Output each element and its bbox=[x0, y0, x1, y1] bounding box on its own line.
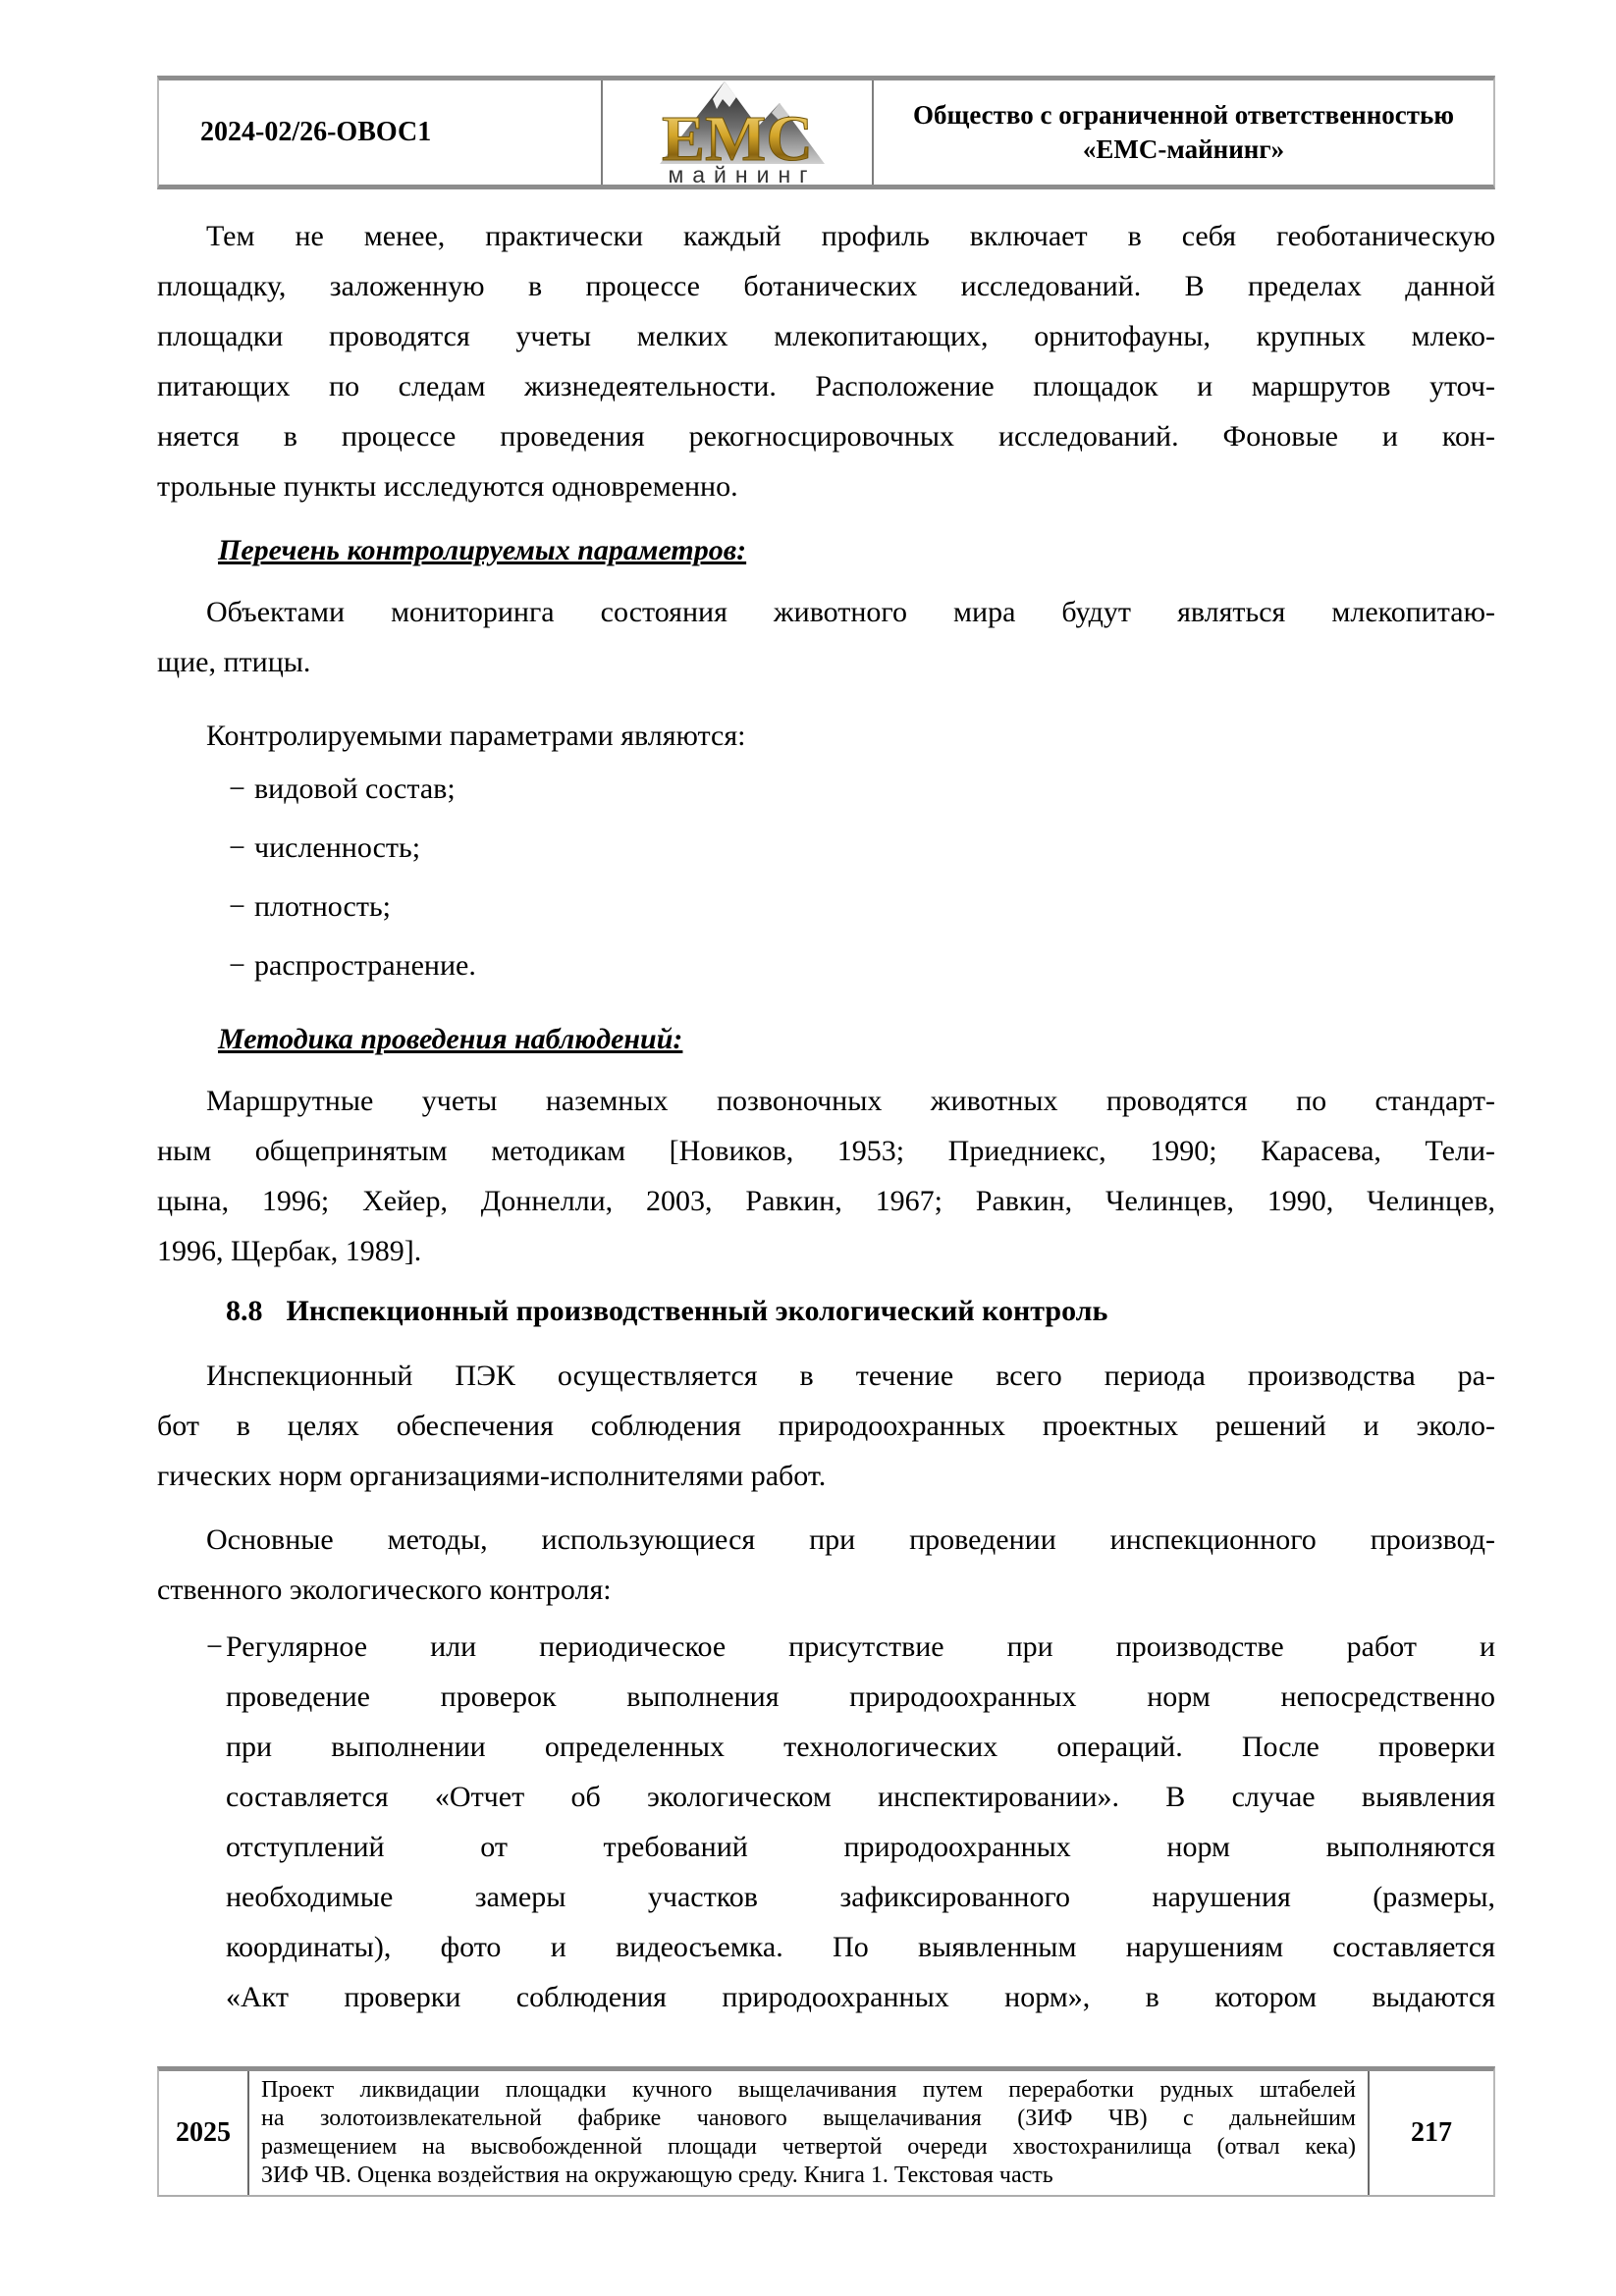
text-line: «Акт проверки соблюдения природоохранных… bbox=[226, 1972, 1495, 2022]
dash-bullet: − bbox=[229, 764, 254, 814]
text-line: площадки проводятся учеты мелких млекопи… bbox=[157, 311, 1495, 361]
text-line: 1996, Щербак, 1989]. bbox=[157, 1226, 1495, 1276]
bullet-regular-presence: − Регулярное или периодическое присутств… bbox=[157, 1622, 1495, 2022]
document-code: 2024-02/26-ОВОС1 bbox=[159, 80, 603, 185]
bullet-text: Регулярное или периодическое присутствие… bbox=[226, 1622, 1495, 2022]
text-line: няется в процессе проведения рекогносцир… bbox=[157, 411, 1495, 461]
text-line: составляется «Отчет об экологическом инс… bbox=[226, 1772, 1495, 1822]
document-page: { "header": { "doc_code": "2024-02/26-ОВ… bbox=[0, 0, 1616, 2296]
footer-year: 2025 bbox=[159, 2071, 249, 2195]
list-item: −распространение. bbox=[157, 940, 1495, 990]
text-line: размещением на высвобожденной площади че… bbox=[261, 2133, 1356, 2162]
text-line: гических норм организациями-исполнителям… bbox=[157, 1451, 1495, 1501]
text-line: координаты), фото и видеосъемка. По выяв… bbox=[226, 1922, 1495, 1972]
company-name-line1: Общество с ограниченной ответственностью bbox=[913, 98, 1454, 133]
header-table: 2024-02/26-ОВОС1 bbox=[157, 76, 1495, 189]
section-number: 8.8 bbox=[226, 1286, 263, 1336]
heading-observation-method: Методика проведения наблюдений: bbox=[157, 1014, 1495, 1064]
text-line: на золотоизвлекательной фабрике чанового… bbox=[261, 2105, 1356, 2133]
dash-bullet: − bbox=[206, 1622, 223, 1672]
text-line: ным общепринятым методикам [Новиков, 195… bbox=[157, 1126, 1495, 1176]
text-line: площадку, заложенную в процессе ботаниче… bbox=[157, 261, 1495, 311]
company-name: Общество с ограниченной ответственностью… bbox=[874, 80, 1493, 185]
body-text: Тем не менее, практически каждый профиль… bbox=[157, 211, 1495, 2022]
list-item: −плотность; bbox=[157, 881, 1495, 932]
emc-mining-logo-icon: ЕМС майнинг bbox=[615, 80, 860, 185]
list-item-label: распространение. bbox=[254, 949, 476, 982]
paragraph-main-methods: Основные методы, использующиеся при пров… bbox=[157, 1515, 1495, 1615]
footer-page-number: 217 bbox=[1370, 2071, 1493, 2195]
heading-controlled-parameters: Перечень контролируемых параметров: bbox=[157, 525, 1495, 575]
list-item-label: численность; bbox=[254, 831, 420, 864]
list-item: −численность; bbox=[157, 823, 1495, 873]
page-content: 2024-02/26-ОВОС1 bbox=[157, 76, 1495, 2022]
paragraph-inspection-pek: Инспекционный ПЭК осуществляется в течен… bbox=[157, 1351, 1495, 1501]
dash-bullet: − bbox=[229, 940, 254, 990]
footer-project-title: Проект ликвидации площадки кучного выщел… bbox=[249, 2071, 1370, 2195]
text-line: необходимые замеры участков зафиксирован… bbox=[226, 1872, 1495, 1922]
text-line: проведение проверок выполнения природоох… bbox=[226, 1672, 1495, 1722]
paragraph-route-surveys: Маршрутные учеты наземных позвоночных жи… bbox=[157, 1076, 1495, 1276]
list-item-label: видовой состав; bbox=[254, 773, 456, 805]
dash-bullet: − bbox=[229, 823, 254, 873]
parameters-list: −видовой состав;−численность;−плотность;… bbox=[157, 764, 1495, 990]
paragraph-profiles: Тем не менее, практически каждый профиль… bbox=[157, 211, 1495, 511]
text-line: бот в целях обеспечения соблюдения приро… bbox=[157, 1401, 1495, 1451]
text-line: Инспекционный ПЭК осуществляется в течен… bbox=[157, 1351, 1495, 1401]
text-line: ственного экологического контроля: bbox=[157, 1565, 1495, 1615]
text-line: Маршрутные учеты наземных позвоночных жи… bbox=[157, 1076, 1495, 1126]
company-name-line2: «ЕМС-майнинг» bbox=[1083, 133, 1284, 167]
text-line: отступлений от требований природоохранны… bbox=[226, 1822, 1495, 1872]
paragraph-parameters-intro: Контролируемыми параметрами являются: bbox=[157, 711, 1495, 761]
logo-cell: ЕМС майнинг bbox=[603, 80, 874, 185]
text-line: трольные пункты исследуются одновременно… bbox=[157, 461, 1495, 511]
paragraph-monitoring-objects: Объектами мониторинга состояния животног… bbox=[157, 587, 1495, 687]
section-heading-8-8: 8.8Инспекционный производственный эколог… bbox=[157, 1286, 1495, 1336]
text-line: щие, птицы. bbox=[157, 637, 1495, 687]
footer-table: 2025 Проект ликвидации площадки кучного … bbox=[157, 2066, 1495, 2197]
text-line: Тем не менее, практически каждый профиль… bbox=[157, 211, 1495, 261]
text-line: Проект ликвидации площадки кучного выщел… bbox=[261, 2076, 1356, 2105]
logo-text-mining: майнинг bbox=[668, 162, 816, 185]
text-line: питающих по следам жизнедеятельности. Ра… bbox=[157, 361, 1495, 411]
list-item-label: плотность; bbox=[254, 890, 391, 923]
text-line: Регулярное или периодическое присутствие… bbox=[226, 1622, 1495, 1672]
list-item: −видовой состав; bbox=[157, 764, 1495, 814]
text-line: цына, 1996; Хейер, Доннелли, 2003, Равки… bbox=[157, 1176, 1495, 1226]
dash-bullet: − bbox=[229, 881, 254, 932]
section-title: Инспекционный производственный экологиче… bbox=[287, 1295, 1108, 1327]
text-line: при выполнении определенных технологичес… bbox=[226, 1722, 1495, 1772]
text-line: ЗИФ ЧВ. Оценка воздействия на окружающую… bbox=[261, 2162, 1356, 2190]
text-line: Объектами мониторинга состояния животног… bbox=[157, 587, 1495, 637]
text-line: Основные методы, использующиеся при пров… bbox=[157, 1515, 1495, 1565]
